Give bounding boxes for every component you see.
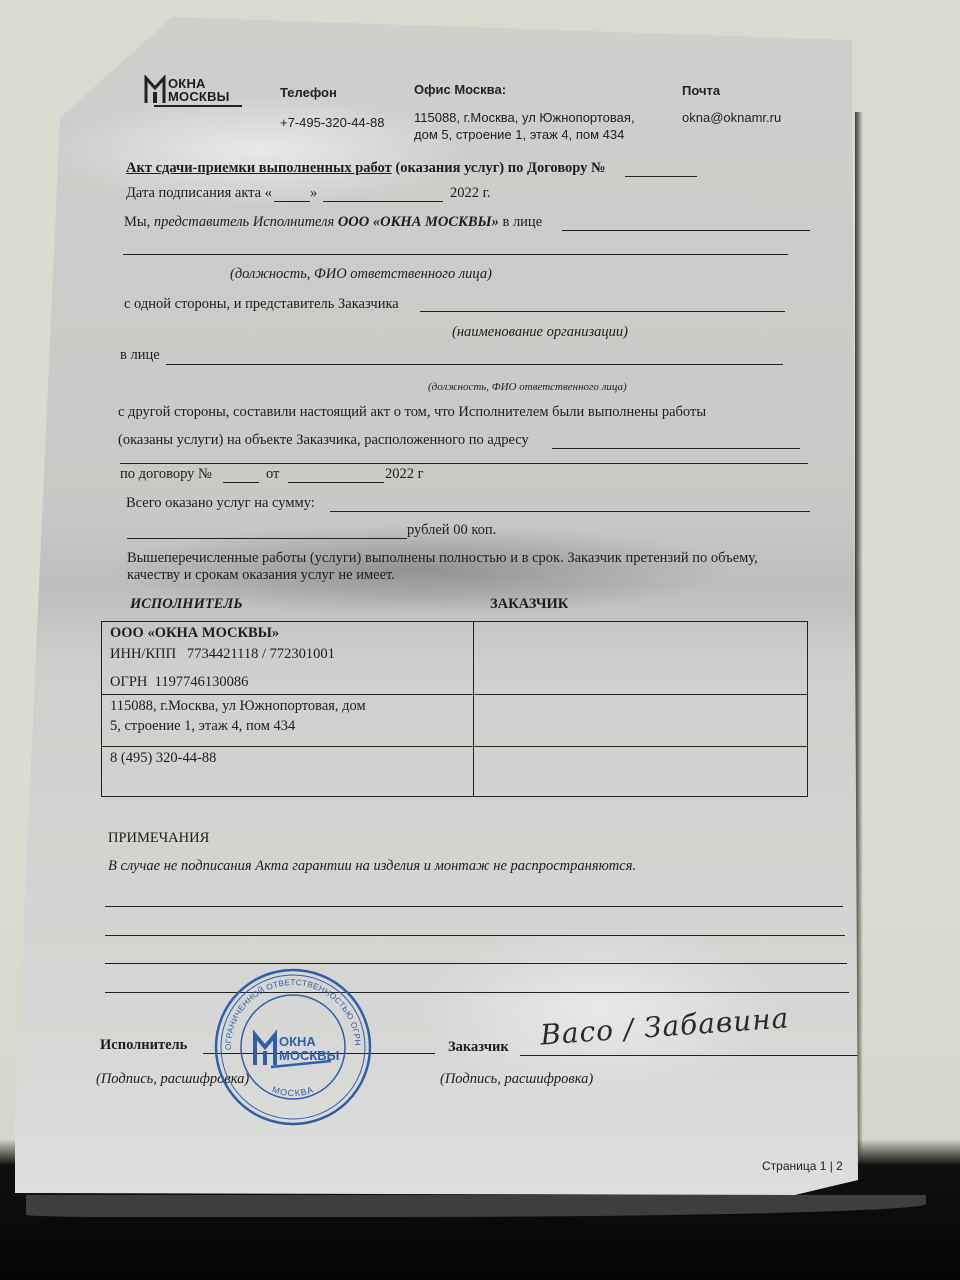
ogrn-label: ОГРН	[110, 674, 147, 690]
company-stamp-icon: ОБЩЕСТВО С ОГРАНИЧЕННОЙ ОТВЕТСТВЕННОСТЬЮ…	[213, 967, 373, 1127]
we-prefix: Мы,	[124, 214, 154, 230]
executor-ogrn: ОГРН 1197746130086	[110, 674, 465, 691]
executor-rep-field[interactable]	[562, 230, 810, 231]
executor-heading: ИСПОЛНИТЕЛЬ	[130, 596, 243, 613]
logo-mark-icon	[144, 75, 166, 105]
statement-line1: Вышеперечисленные работы (услуги) выполн…	[127, 550, 758, 567]
parties-table: ООО «ОКНА МОСКВЫ» ИНН/КПП 7734421118 / 7…	[101, 621, 808, 797]
date-month-field[interactable]	[323, 201, 443, 202]
office-address-line2: дом 5, строение 1, этаж 4, пом 434	[414, 126, 624, 143]
customer-address-cell[interactable]	[474, 695, 808, 747]
mail-value: okna@oknamr.ru	[682, 109, 781, 126]
mail-label: Почта	[682, 83, 720, 98]
customer-signature-field[interactable]	[520, 1055, 858, 1056]
we-suffix: в лице	[499, 214, 542, 230]
customer-heading: ЗАКАЗЧИК	[490, 596, 568, 613]
contract-date-field[interactable]	[288, 482, 384, 483]
executor-address-line1: 115088, г.Москва, ул Южнопортовая, дом	[110, 698, 465, 715]
customer-sign-label: Заказчик	[448, 1039, 509, 1056]
executor-phone-cell: 8 (495) 320-44-88	[102, 747, 474, 797]
executor-details-cell: ООО «ОКНА МОСКВЫ» ИНН/КПП 7734421118 / 7…	[102, 622, 474, 695]
inn-kpp-value: 7734421118 / 772301001	[187, 646, 335, 662]
act-title-main: Акт сдачи-приемки выполненных работ	[126, 160, 392, 176]
phone-label: Телефон	[280, 85, 337, 100]
date-mid: »	[310, 185, 317, 202]
page-number: Страница 1 | 2	[762, 1159, 843, 1173]
contract-prefix: по договору №	[120, 466, 212, 483]
stamp-logo-line1: ОКНА	[279, 1034, 316, 1049]
total-sum-field[interactable]	[330, 511, 810, 512]
customer-details-cell[interactable]	[474, 622, 808, 695]
executor-address-cell: 115088, г.Москва, ул Южнопортовая, дом 5…	[102, 695, 474, 747]
total-label: Всего оказано услуг на сумму:	[126, 495, 315, 512]
office-address-line1: 115088, г.Москва, ул Южнопортовая,	[414, 109, 635, 126]
services-address-text: (оказаны услуги) на объекте Заказчика, р…	[118, 432, 529, 449]
date-year: 2022 г.	[450, 185, 491, 202]
contract-number-field-2[interactable]	[223, 482, 259, 483]
ogrn-value: 1197746130086	[155, 674, 249, 690]
executor-inn-kpp: ИНН/КПП 7734421118 / 772301001	[110, 646, 465, 663]
rubles-text: рублей 00 коп.	[407, 522, 496, 539]
date-day-field[interactable]	[274, 201, 310, 202]
executor-rep-field-2[interactable]	[123, 254, 788, 255]
act-title-rest: (оказания услуг) по Договору №	[392, 160, 606, 176]
table-row: 8 (495) 320-44-88	[102, 747, 808, 797]
one-side-text: с одной стороны, и представитель Заказчи…	[124, 296, 399, 313]
executor-address-line2: 5, строение 1, этаж 4, пом 434	[110, 718, 465, 735]
phone-value: +7-495-320-44-88	[280, 114, 384, 131]
notes-text: В случае не подписания Акта гарантии на …	[108, 858, 636, 875]
notes-line[interactable]	[105, 906, 843, 907]
statement-line2: качеству и срокам оказания услуг не имее…	[127, 567, 395, 584]
notes-heading: ПРИМЕЧАНИЯ	[108, 830, 209, 847]
inn-kpp-label: ИНН/КПП	[110, 646, 176, 662]
caption-org: (наименование организации)	[452, 324, 628, 341]
act-title: Акт сдачи-приемки выполненных работ (ока…	[126, 160, 606, 177]
we-company: ООО «ОКНА МОСКВЫ»	[338, 214, 499, 230]
sheet-shadow-bottom	[26, 1195, 926, 1217]
table-row: 115088, г.Москва, ул Южнопортовая, дом 5…	[102, 695, 808, 747]
notes-line[interactable]	[105, 963, 847, 964]
executor-sign-label: Исполнитель	[100, 1037, 187, 1054]
table-row: ООО «ОКНА МОСКВЫ» ИНН/КПП 7734421118 / 7…	[102, 622, 808, 695]
customer-org-field[interactable]	[420, 311, 785, 312]
customer-phone-cell[interactable]	[474, 747, 808, 797]
contract-number-field[interactable]	[625, 176, 697, 177]
object-address-field-2[interactable]	[120, 463, 808, 464]
object-address-field[interactable]	[552, 448, 800, 449]
in-person-label: в лице	[120, 347, 160, 364]
notes-line[interactable]	[105, 935, 845, 936]
office-label: Офис Москва:	[414, 82, 506, 97]
contract-year: 2022 г	[385, 466, 424, 483]
we-statement: Мы, представитель Исполнителя ООО «ОКНА …	[124, 214, 542, 231]
contract-from: от	[266, 466, 279, 483]
executor-name: ООО «ОКНА МОСКВЫ»	[110, 625, 465, 642]
customer-handwritten-signature: Васо / Забавина	[539, 1001, 790, 1051]
date-prefix: Дата подписания акта «	[126, 185, 272, 202]
we-italic: представитель Исполнителя	[154, 214, 338, 230]
customer-rep-field[interactable]	[166, 364, 783, 365]
logo-line2: МОСКВЫ	[168, 90, 230, 103]
caption-position-1: (должность, ФИО ответственного лица)	[230, 266, 492, 283]
logo-underline	[154, 105, 242, 107]
other-side-text: с другой стороны, составили настоящий ак…	[118, 404, 706, 421]
document-sheet: ОКНА МОСКВЫ Телефон +7-495-320-44-88 Офи…	[0, 0, 960, 1280]
customer-sign-caption: (Подпись, расшифровка)	[440, 1071, 593, 1088]
caption-position-2: (должность, ФИО ответственного лица)	[428, 381, 627, 393]
total-sum-words-field[interactable]	[127, 538, 407, 539]
